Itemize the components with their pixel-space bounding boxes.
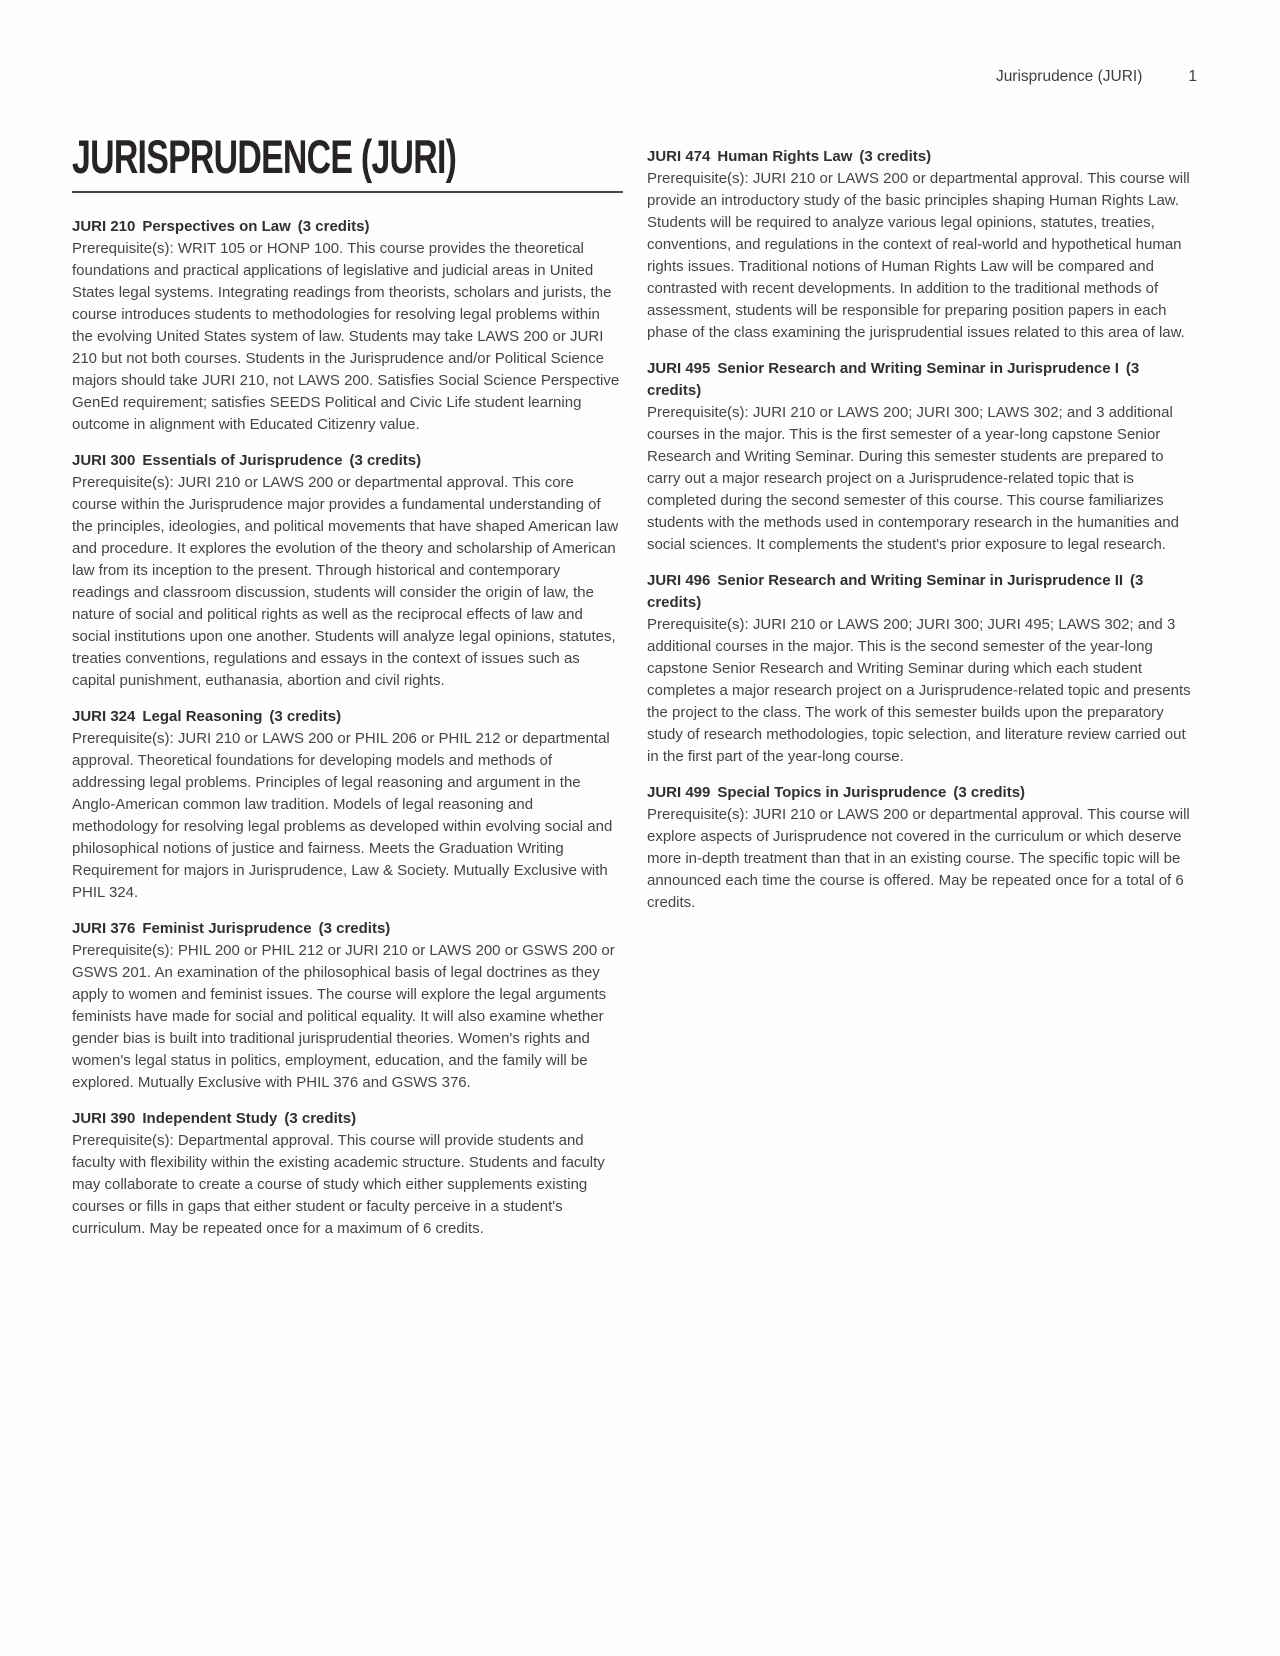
course-title: Feminist Jurisprudence: [142, 920, 311, 937]
course-credits: (3 credits): [284, 1110, 356, 1127]
course-title: Perspectives on Law: [142, 218, 290, 235]
course-description: Prerequisite(s): JURI 210 or LAWS 200 or…: [72, 728, 621, 904]
course-credits: (3 credits): [298, 218, 370, 235]
course-description: Prerequisite(s): JURI 210 or LAWS 200 or…: [647, 168, 1196, 344]
course-description: Prerequisite(s): JURI 210 or LAWS 200 or…: [647, 804, 1196, 914]
course-credits: (3 credits): [953, 784, 1025, 801]
course-code: JURI 300: [72, 452, 135, 469]
course-title: Legal Reasoning: [142, 708, 262, 725]
catalog-page: Jurisprudence (JURI) 1 JURISPRUDENCE (JU…: [0, 0, 1280, 1656]
course-heading: JURI 390Independent Study(3 credits): [72, 1108, 621, 1130]
course-title: Independent Study: [142, 1110, 277, 1127]
course-credits: (3 credits): [269, 708, 341, 725]
course-code: JURI 495: [647, 360, 710, 377]
page-number: 1: [1188, 66, 1197, 88]
course-heading: JURI 496Senior Research and Writing Semi…: [647, 570, 1196, 614]
course-code: JURI 390: [72, 1110, 135, 1127]
course-heading: JURI 324Legal Reasoning(3 credits): [72, 706, 621, 728]
course-code: JURI 210: [72, 218, 135, 235]
course-entry-juri-210: JURI 210Perspectives on Law(3 credits) P…: [72, 216, 621, 436]
course-entry-juri-376: JURI 376Feminist Jurisprudence(3 credits…: [72, 918, 621, 1094]
left-column: JURI 210Perspectives on Law(3 credits) P…: [72, 216, 621, 1240]
course-description: Prerequisite(s): PHIL 200 or PHIL 212 or…: [72, 940, 621, 1094]
course-entry-juri-390: JURI 390Independent Study(3 credits) Pre…: [72, 1108, 621, 1240]
course-heading: JURI 495Senior Research and Writing Semi…: [647, 358, 1196, 402]
course-code: JURI 496: [647, 572, 710, 589]
course-title: Special Topics in Jurisprudence: [717, 784, 946, 801]
course-description: Prerequisite(s): WRIT 105 or HONP 100. T…: [72, 238, 621, 436]
course-credits: (3 credits): [319, 920, 391, 937]
course-entry-juri-300: JURI 300Essentials of Jurisprudence(3 cr…: [72, 450, 621, 692]
course-entry-juri-324: JURI 324Legal Reasoning(3 credits) Prere…: [72, 706, 621, 904]
right-column: JURI 474Human Rights Law(3 credits) Prer…: [647, 146, 1196, 914]
course-entry-juri-474: JURI 474Human Rights Law(3 credits) Prer…: [647, 146, 1196, 344]
course-heading: JURI 499Special Topics in Jurisprudence(…: [647, 782, 1196, 804]
course-title: Essentials of Jurisprudence: [142, 452, 342, 469]
course-code: JURI 324: [72, 708, 135, 725]
course-entry-juri-499: JURI 499Special Topics in Jurisprudence(…: [647, 782, 1196, 914]
course-heading: JURI 376Feminist Jurisprudence(3 credits…: [72, 918, 621, 940]
course-title: Human Rights Law: [717, 148, 852, 165]
course-description: Prerequisite(s): JURI 210 or LAWS 200 or…: [72, 472, 621, 692]
page-title: JURISPRUDENCE (JURI): [72, 132, 456, 181]
course-code: JURI 474: [647, 148, 710, 165]
course-credits: (3 credits): [859, 148, 931, 165]
course-description: Prerequisite(s): JURI 210 or LAWS 200; J…: [647, 614, 1196, 768]
course-code: JURI 499: [647, 784, 710, 801]
course-description: Prerequisite(s): JURI 210 or LAWS 200; J…: [647, 402, 1196, 556]
running-header: Jurisprudence (JURI) 1: [996, 66, 1197, 88]
course-code: JURI 376: [72, 920, 135, 937]
course-entry-juri-496: JURI 496Senior Research and Writing Semi…: [647, 570, 1196, 768]
course-title: Senior Research and Writing Seminar in J…: [717, 572, 1123, 589]
title-underline: [72, 191, 623, 193]
course-entry-juri-495: JURI 495Senior Research and Writing Semi…: [647, 358, 1196, 556]
course-title: Senior Research and Writing Seminar in J…: [717, 360, 1119, 377]
course-credits: (3 credits): [349, 452, 421, 469]
course-description: Prerequisite(s): Departmental approval. …: [72, 1130, 621, 1240]
course-heading: JURI 210Perspectives on Law(3 credits): [72, 216, 621, 238]
running-header-title: Jurisprudence (JURI): [996, 66, 1142, 88]
course-heading: JURI 474Human Rights Law(3 credits): [647, 146, 1196, 168]
course-heading: JURI 300Essentials of Jurisprudence(3 cr…: [72, 450, 621, 472]
